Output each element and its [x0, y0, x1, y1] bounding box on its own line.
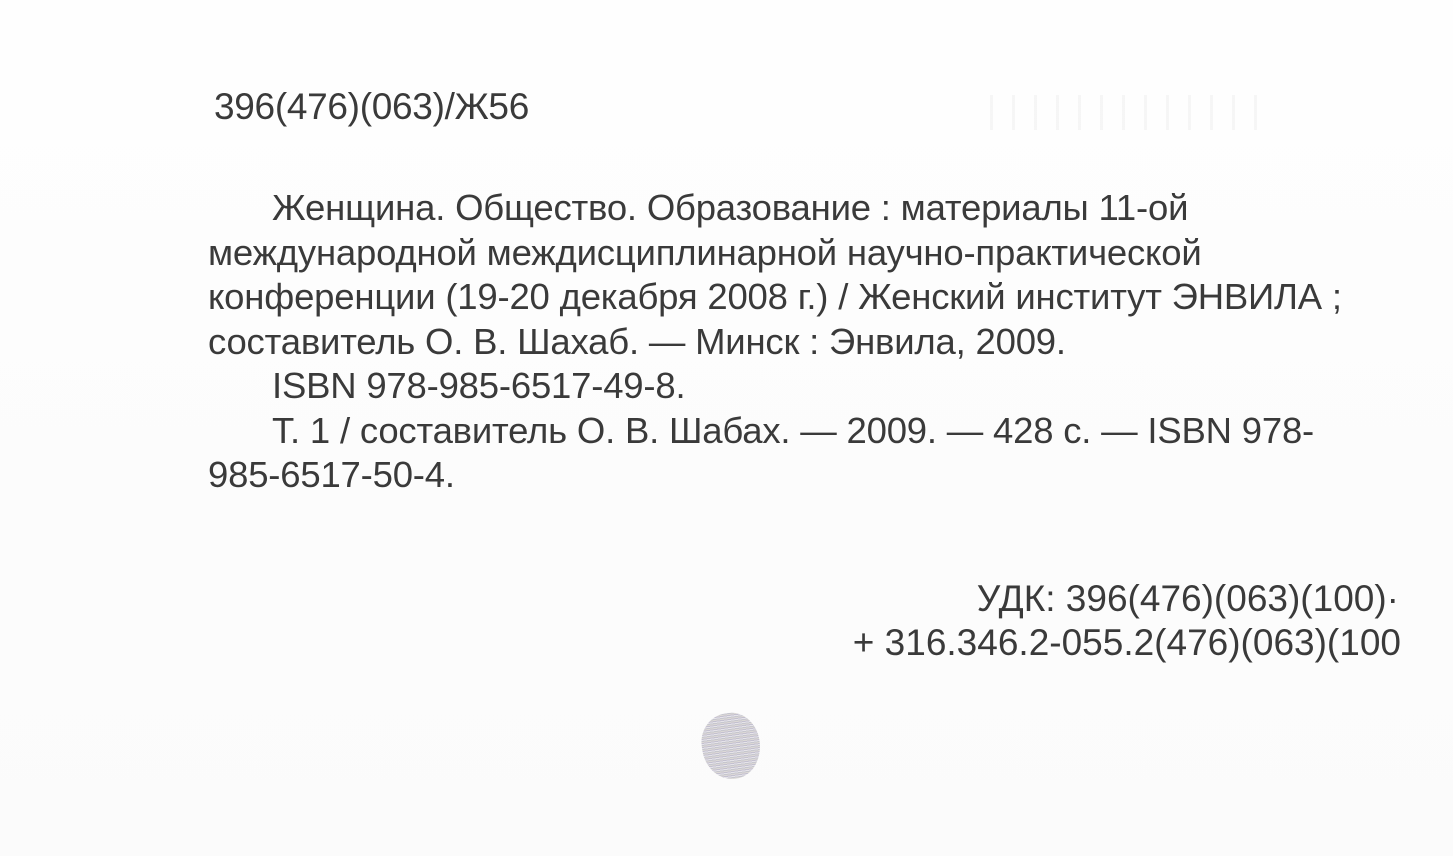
entry-volume: Т. 1 / составитель О. В. Шабах. — 2009. … [208, 409, 1383, 498]
udk-line-2: + 316.346.2-055.2(476)(063)(100 [853, 621, 1401, 665]
bibliographic-entry: Женщина. Общество. Образование : материа… [208, 186, 1383, 498]
entry-isbn: ISBN 978-985-6517-49-8. [208, 364, 1383, 409]
shelfmark: 396(476)(063)/Ж56 [214, 86, 529, 128]
bleed-through-marks [990, 95, 1260, 130]
catalog-card: 396(476)(063)/Ж56 Женщина. Общество. Обр… [0, 0, 1453, 856]
entry-title-description: Женщина. Общество. Образование : материа… [208, 186, 1383, 364]
udk-classification: УДК: 396(476)(063)(100)· + 316.346.2-055… [853, 577, 1399, 665]
punch-hole [698, 709, 765, 782]
udk-line-1: УДК: 396(476)(063)(100)· [853, 577, 1399, 621]
